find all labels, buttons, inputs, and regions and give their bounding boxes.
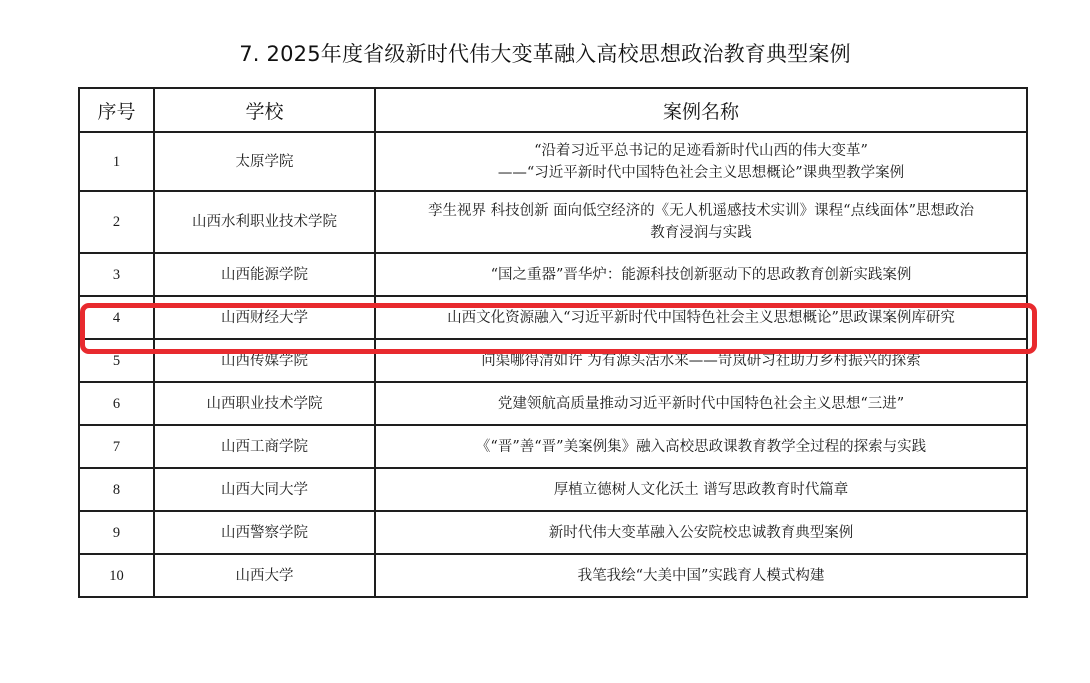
table-row: 9 山西警察学院 新时代伟大变革融入公安院校忠诚教育典型案例 bbox=[79, 511, 1027, 554]
table-row: 1 太原学院 “沿着习近平总书记的足迹看新时代山西的伟大变革” ——“习近平新时… bbox=[79, 132, 1027, 191]
table-row: 5 山西传媒学院 问渠哪得清如许 为有源头活水来——岢岚研习社助力乡村振兴的探索 bbox=[79, 339, 1027, 382]
case-name-line: 《“晋”善“晋”美案例集》融入高校思政课教育教学全过程的探索与实践 bbox=[380, 436, 1022, 458]
school-name: 山西传媒学院 bbox=[154, 339, 375, 382]
row-number: 4 bbox=[79, 296, 154, 339]
table-row: 10 山西大学 我笔我绘“大美中国”实践育人模式构建 bbox=[79, 554, 1027, 597]
row-number: 5 bbox=[79, 339, 154, 382]
case-name: “沿着习近平总书记的足迹看新时代山西的伟大变革” ——“习近平新时代中国特色社会… bbox=[375, 132, 1027, 191]
row-number: 1 bbox=[79, 132, 154, 191]
table-row: 3 山西能源学院 “国之重器”晋华炉：能源科技创新驱动下的思政教育创新实践案例 bbox=[79, 253, 1027, 296]
cases-table: 序号 学校 案例名称 1 太原学院 “沿着习近平总书记的足迹看新时代山西的伟大变… bbox=[78, 87, 1028, 598]
table-row: 2 山西水利职业技术学院 孪生视界 科技创新 面向低空经济的《无人机遥感技术实训… bbox=[79, 191, 1027, 253]
row-number: 10 bbox=[79, 554, 154, 597]
table-row-highlighted: 4 山西财经大学 山西文化资源融入“习近平新时代中国特色社会主义思想概论”思政课… bbox=[79, 296, 1027, 339]
case-name: 孪生视界 科技创新 面向低空经济的《无人机遥感技术实训》课程“点线面体”思想政治… bbox=[375, 191, 1027, 253]
row-number: 2 bbox=[79, 191, 154, 253]
row-number: 7 bbox=[79, 425, 154, 468]
row-number: 6 bbox=[79, 382, 154, 425]
page-title: 7. 2025年度省级新时代伟大变革融入高校思想政治教育典型案例 bbox=[0, 38, 1090, 68]
case-name: 问渠哪得清如许 为有源头活水来——岢岚研习社助力乡村振兴的探索 bbox=[375, 339, 1027, 382]
case-name: 我笔我绘“大美中国”实践育人模式构建 bbox=[375, 554, 1027, 597]
case-name-line: ——“习近平新时代中国特色社会主义思想概论”课典型教学案例 bbox=[380, 162, 1022, 184]
table-row: 6 山西职业技术学院 党建领航高质量推动习近平新时代中国特色社会主义思想“三进” bbox=[79, 382, 1027, 425]
case-name-line: 新时代伟大变革融入公安院校忠诚教育典型案例 bbox=[380, 522, 1022, 544]
case-name-line: 厚植立德树人文化沃土 谱写思政教育时代篇章 bbox=[380, 479, 1022, 501]
row-number: 3 bbox=[79, 253, 154, 296]
school-name: 山西大同大学 bbox=[154, 468, 375, 511]
table-row: 7 山西工商学院 《“晋”善“晋”美案例集》融入高校思政课教育教学全过程的探索与… bbox=[79, 425, 1027, 468]
case-name-line: “沿着习近平总书记的足迹看新时代山西的伟大变革” bbox=[380, 140, 1022, 162]
case-name: 新时代伟大变革融入公安院校忠诚教育典型案例 bbox=[375, 511, 1027, 554]
school-name: 山西职业技术学院 bbox=[154, 382, 375, 425]
header-no: 序号 bbox=[79, 88, 154, 132]
header-case-name: 案例名称 bbox=[375, 88, 1027, 132]
case-name: 党建领航高质量推动习近平新时代中国特色社会主义思想“三进” bbox=[375, 382, 1027, 425]
case-name-line: 孪生视界 科技创新 面向低空经济的《无人机遥感技术实训》课程“点线面体”思想政治 bbox=[380, 200, 1022, 222]
case-name-line: 我笔我绘“大美中国”实践育人模式构建 bbox=[380, 565, 1022, 587]
school-name: 山西财经大学 bbox=[154, 296, 375, 339]
row-number: 9 bbox=[79, 511, 154, 554]
case-name-line: “国之重器”晋华炉：能源科技创新驱动下的思政教育创新实践案例 bbox=[380, 264, 1022, 286]
table-row: 8 山西大同大学 厚植立德树人文化沃土 谱写思政教育时代篇章 bbox=[79, 468, 1027, 511]
header-school: 学校 bbox=[154, 88, 375, 132]
table-header-row: 序号 学校 案例名称 bbox=[79, 88, 1027, 132]
case-name: 《“晋”善“晋”美案例集》融入高校思政课教育教学全过程的探索与实践 bbox=[375, 425, 1027, 468]
school-name: 山西警察学院 bbox=[154, 511, 375, 554]
school-name: 山西大学 bbox=[154, 554, 375, 597]
school-name: 山西水利职业技术学院 bbox=[154, 191, 375, 253]
school-name: 山西能源学院 bbox=[154, 253, 375, 296]
case-name-line: 教育浸润与实践 bbox=[380, 222, 1022, 244]
case-name: 厚植立德树人文化沃土 谱写思政教育时代篇章 bbox=[375, 468, 1027, 511]
row-number: 8 bbox=[79, 468, 154, 511]
case-name-line: 党建领航高质量推动习近平新时代中国特色社会主义思想“三进” bbox=[380, 393, 1022, 415]
case-name: “国之重器”晋华炉：能源科技创新驱动下的思政教育创新实践案例 bbox=[375, 253, 1027, 296]
school-name: 太原学院 bbox=[154, 132, 375, 191]
case-name: 山西文化资源融入“习近平新时代中国特色社会主义思想概论”思政课案例库研究 bbox=[375, 296, 1027, 339]
case-name-line: 山西文化资源融入“习近平新时代中国特色社会主义思想概论”思政课案例库研究 bbox=[380, 307, 1022, 329]
case-name-line: 问渠哪得清如许 为有源头活水来——岢岚研习社助力乡村振兴的探索 bbox=[380, 350, 1022, 372]
school-name: 山西工商学院 bbox=[154, 425, 375, 468]
